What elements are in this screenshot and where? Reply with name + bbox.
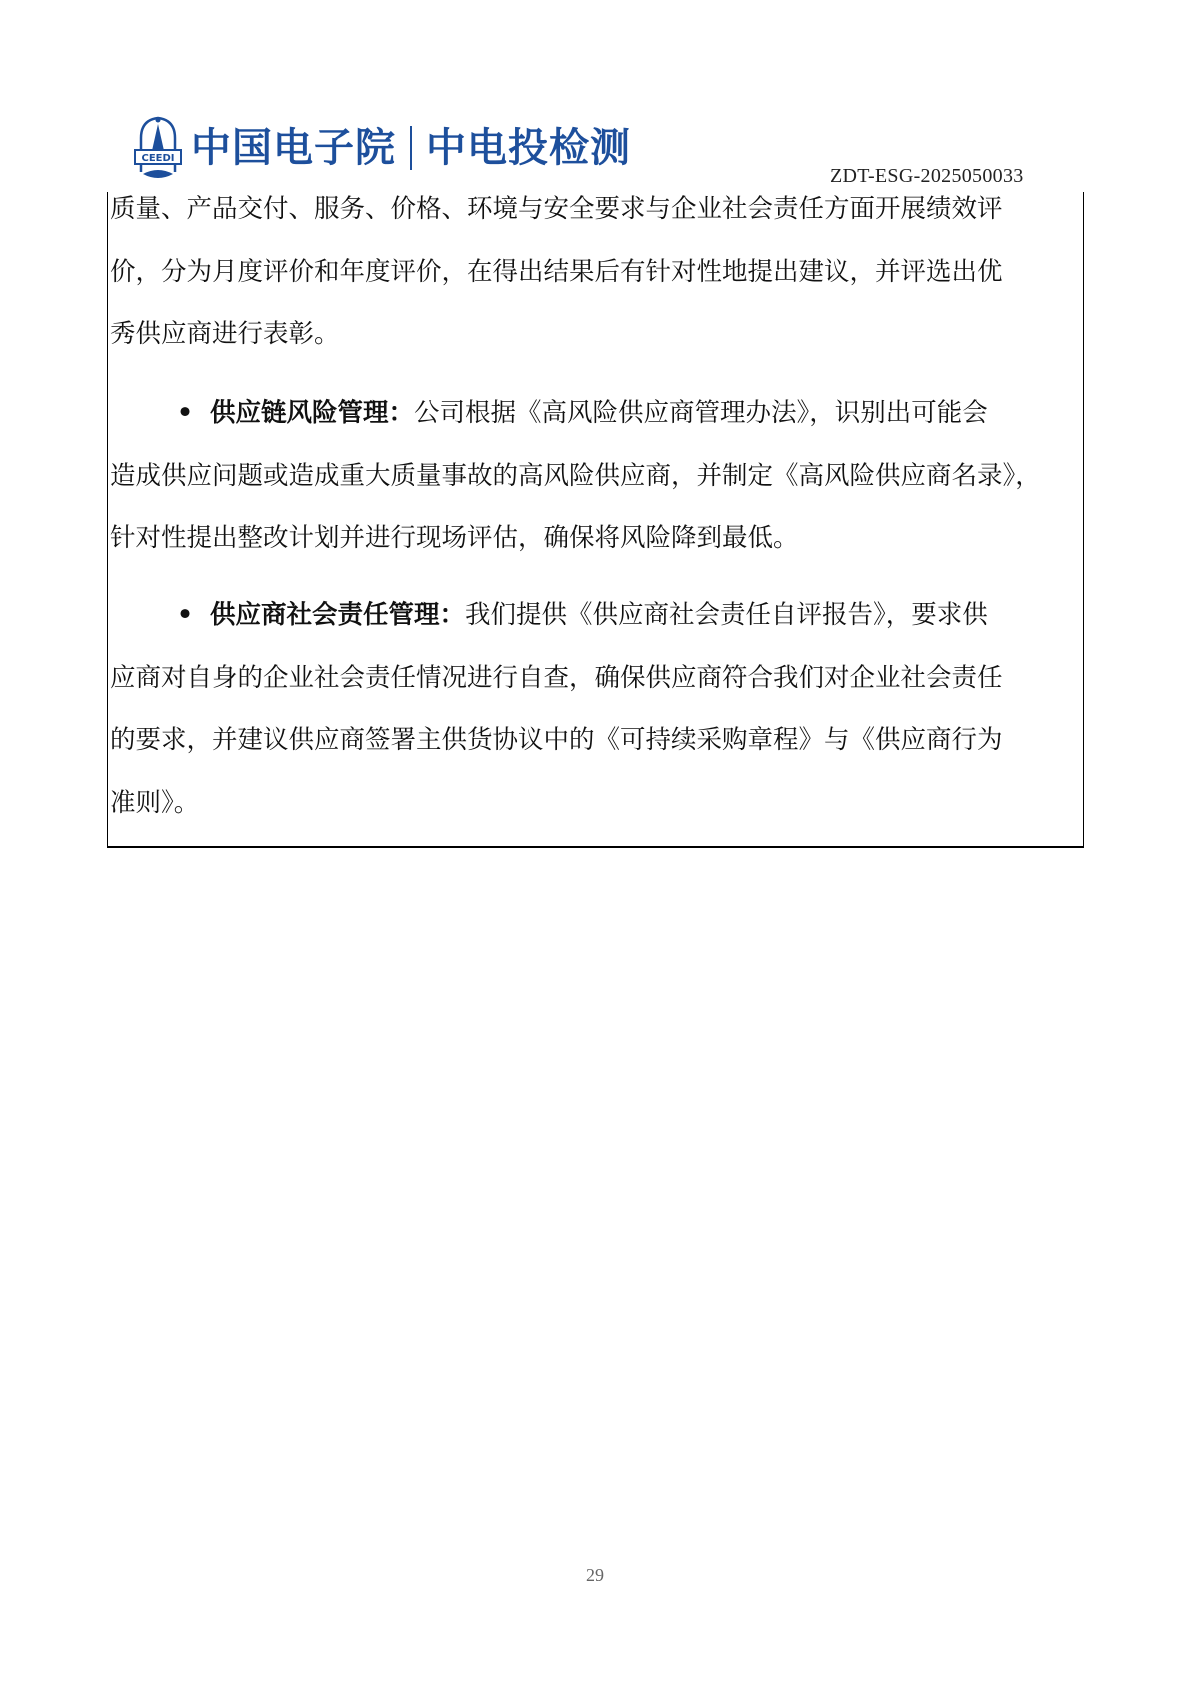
bullet-supply-chain-risk: •供应链风险管理：公司根据《高风险供应商管理办法》，识别出可能会 造成供应问题或…	[110, 382, 1086, 570]
ceedi-emblem-icon: CEEDI	[133, 114, 183, 182]
logo-org-name: 中国电子院	[191, 128, 396, 168]
text-line: 的要求，并建议供应商签署主供货协议中的《可持续采购章程》与《供应商行为	[110, 709, 1086, 772]
svg-text:CEEDI: CEEDI	[141, 153, 174, 164]
text-line: 造成供应问题或造成重大质量事故的高风险供应商，并制定《高风险供应商名录》，	[110, 445, 1086, 508]
text-line: 准则》。	[110, 772, 1086, 835]
text-line: 应商对自身的企业社会责任情况进行自查，确保供应商符合我们对企业社会责任	[110, 647, 1086, 710]
bullet-title: 供应商社会责任管理：	[210, 600, 465, 630]
logo-divider	[410, 126, 412, 170]
text-line: 秀供应商进行表彰。	[110, 303, 1086, 366]
content-box: 质量、产品交付、服务、价格、环境与安全要求与企业社会责任方面开展绩效评 价，分为…	[107, 192, 1084, 848]
text-line: 质量、产品交付、服务、价格、环境与安全要求与企业社会责任方面开展绩效评	[110, 178, 1086, 241]
text-line: 针对性提出整改计划并进行现场评估，确保将风险降到最低。	[110, 507, 1086, 570]
header-logo: CEEDI 中国电子院 中电投检测	[133, 113, 631, 183]
bullet-title: 供应链风险管理：	[210, 398, 414, 428]
bullet-first-line: •供应链风险管理：公司根据《高风险供应商管理办法》，识别出可能会	[110, 382, 1086, 445]
bullet-icon: •	[174, 382, 196, 445]
page-number: 29	[0, 1565, 1190, 1586]
bullet-first-line: •供应商社会责任管理：我们提供《供应商社会责任自评报告》，要求供	[110, 584, 1086, 647]
text-line: 价，分为月度评价和年度评价，在得出结果后有针对性地提出建议，并评选出优	[110, 241, 1086, 304]
intro-paragraph: 质量、产品交付、服务、价格、环境与安全要求与企业社会责任方面开展绩效评 价，分为…	[110, 178, 1086, 366]
logo-subsidiary-name: 中电投检测	[426, 128, 631, 168]
bullet-text: 我们提供《供应商社会责任自评报告》，要求供	[465, 600, 988, 630]
bullet-text: 公司根据《高风险供应商管理办法》，识别出可能会	[414, 398, 988, 428]
bullet-supplier-csr: •供应商社会责任管理：我们提供《供应商社会责任自评报告》，要求供 应商对自身的企…	[110, 584, 1086, 834]
bullet-icon: •	[174, 584, 196, 647]
